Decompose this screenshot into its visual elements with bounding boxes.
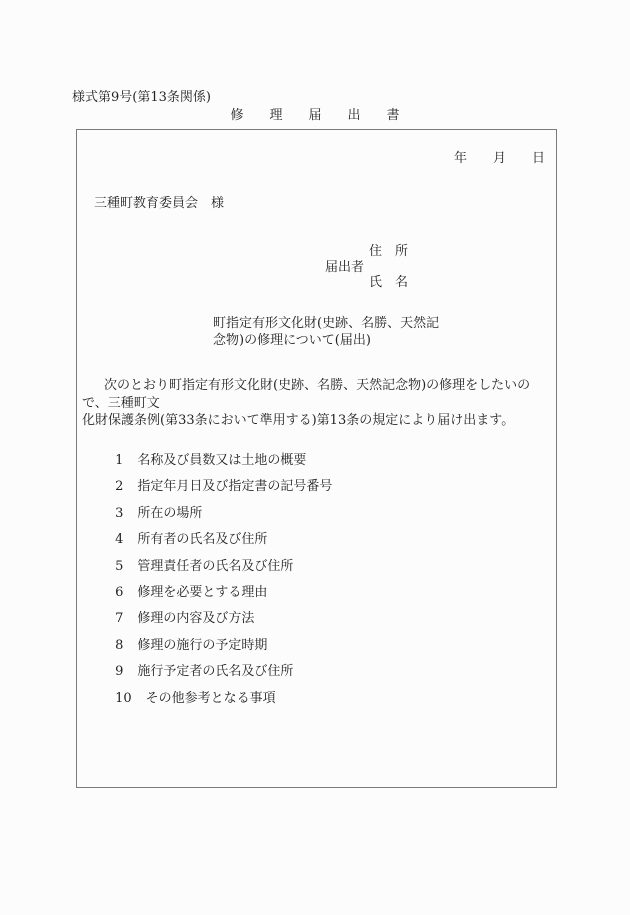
body-paragraph: 次のとおり町指定有形文化財(史跡、名勝、天然記念物)の修理をしたいので、三種町文… [82, 377, 554, 430]
list-item-label: 修理の施行の予定時期 [137, 638, 267, 653]
body-line-2: 化財保護条例(第33条において準用する)第13条の規定により届け出ます。 [82, 412, 554, 430]
list-item-number: 7 [115, 612, 123, 625]
list-item-label: 施行予定者の氏名及び住所 [137, 664, 293, 679]
applicant-name-label: 氏 名 [369, 271, 408, 290]
document-page: 様式第9号(第13条関係) 修 理 届 出 書 年 月 日 三種町教育委員会 様… [0, 0, 630, 915]
list-item-number: 5 [115, 560, 123, 573]
list-item: 2指定年月日及び指定書の記号番号 [82, 467, 332, 480]
list-item-number: 2 [115, 480, 123, 493]
list-item-label: 修理を必要とする理由 [137, 585, 267, 600]
list-item-label: 名称及び員数又は土地の概要 [137, 453, 306, 468]
list-item-number: 1 [115, 454, 123, 467]
list-item-label: 所有者の氏名及び住所 [137, 532, 267, 547]
list-item-number: 6 [115, 586, 123, 599]
list-item-number: 9 [115, 665, 123, 678]
subject-heading: 町指定有形文化財(史跡、名勝、天然記 念物)の修理について(届出) [213, 315, 439, 349]
list-item-label: 修理の内容及び方法 [137, 611, 254, 626]
list-item-number: 8 [115, 639, 123, 652]
list-item: 3所在の場所 [82, 494, 332, 507]
form-number-label: 様式第9号(第13条関係) [72, 86, 211, 105]
subject-line-2: 念物)の修理について(届出) [213, 332, 439, 349]
applicant-address-label: 住 所 [369, 240, 408, 259]
list-item: 7修理の内容及び方法 [82, 599, 332, 612]
addressee-line: 三種町教育委員会 様 [94, 192, 224, 211]
list-item-number: 3 [115, 507, 123, 520]
list-item-label: 管理責任者の氏名及び住所 [137, 559, 293, 574]
form-border-box: 年 月 日 三種町教育委員会 様 住 所 届出者 氏 名 町指定有形文化財(史跡… [76, 129, 557, 788]
list-item: 1名称及び員数又は土地の概要 [82, 441, 332, 454]
list-item: 6修理を必要とする理由 [82, 573, 332, 586]
date-line: 年 月 日 [454, 147, 545, 166]
document-title: 修 理 届 出 書 [0, 104, 630, 123]
item-list: 1名称及び員数又は土地の概要 2指定年月日及び指定書の記号番号 3所在の場所 4… [82, 441, 332, 705]
list-item-number: 4 [115, 533, 123, 546]
list-item-number: 10 [115, 692, 132, 705]
body-line-1: 次のとおり町指定有形文化財(史跡、名勝、天然記念物)の修理をしたいので、三種町文 [82, 377, 554, 412]
list-item: 10その他参考となる事項 [82, 679, 332, 692]
subject-line-1: 町指定有形文化財(史跡、名勝、天然記 [213, 315, 439, 332]
applicant-label: 届出者 [325, 256, 364, 275]
list-item-label: 指定年月日及び指定書の記号番号 [137, 479, 332, 494]
list-item-label: その他参考となる事項 [146, 691, 276, 706]
list-item-label: 所在の場所 [137, 506, 202, 521]
list-item: 8修理の施行の予定時期 [82, 626, 332, 639]
list-item: 4所有者の氏名及び住所 [82, 520, 332, 533]
list-item: 5管理責任者の氏名及び住所 [82, 547, 332, 560]
list-item: 9施行予定者の氏名及び住所 [82, 652, 332, 665]
